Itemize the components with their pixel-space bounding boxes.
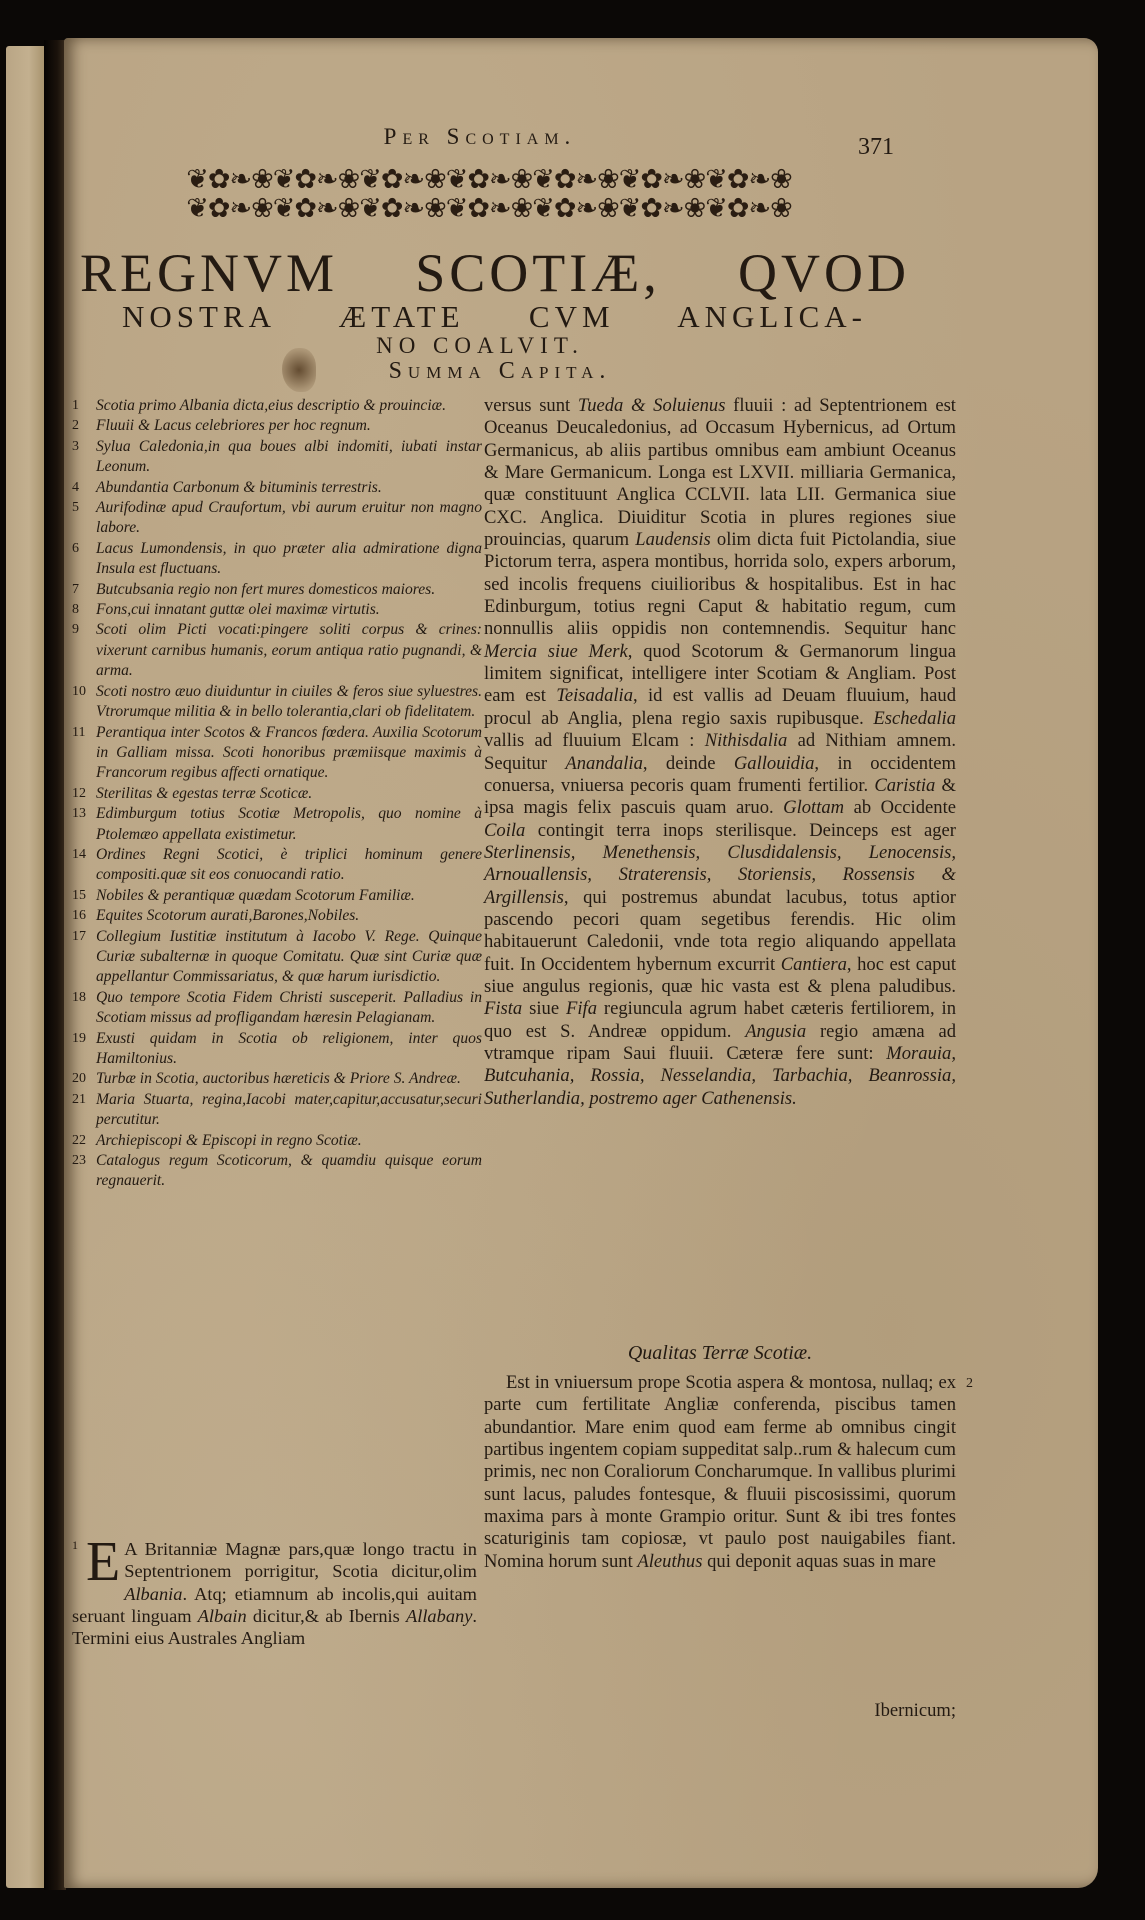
- item-number: 18: [72, 988, 96, 1029]
- list-item: 21Maria Stuarta, regina,Iacobi mater,cap…: [72, 1090, 482, 1131]
- item-number: 23: [72, 1151, 96, 1192]
- list-item: 8Fons,cui innatant guttæ olei maximæ vir…: [72, 600, 482, 620]
- italic-run: Anandalia: [565, 753, 642, 774]
- item-number: 20: [72, 1069, 96, 1089]
- item-text: Butcubsania regio non fert mures domesti…: [96, 580, 482, 600]
- adjacent-page-edge: [6, 46, 44, 1888]
- item-text: Scoti nostro æuo diuiduntur in ciuiles &…: [96, 682, 482, 723]
- intro-italic: Allabany: [406, 1606, 472, 1626]
- margin-section-number: 2: [966, 1376, 973, 1392]
- intro-text: A Britanniæ Magnæ pars,quæ longo tractu …: [124, 1539, 477, 1581]
- item-text: Edimburgum totius Scotiæ Metropolis, quo…: [96, 804, 482, 845]
- item-number: 3: [72, 437, 96, 478]
- list-item: 7Butcubsania regio non fert mures domest…: [72, 580, 482, 600]
- item-number: 5: [72, 498, 96, 539]
- item-text: Perantiqua inter Scotos & Francos fœdera…: [96, 723, 482, 784]
- item-number: 4: [72, 478, 96, 498]
- text-run: , deinde: [643, 753, 734, 774]
- list-item: 10Scoti nostro æuo diuiduntur in ciuiles…: [72, 682, 482, 723]
- item-text: Abundantia Carbonum & bituminis terrestr…: [96, 478, 482, 498]
- item-number: 17: [72, 927, 96, 988]
- item-text: Scotia primo Albania dicta,eius descript…: [96, 396, 482, 416]
- catchword: Ibernicum;: [800, 1700, 956, 1722]
- italic-run: Tueda & Soluienus: [578, 395, 726, 416]
- text-run: contingit terra inops sterilisque. Deinc…: [525, 820, 956, 841]
- ornament-row-bottom: ❦✿❧❀❦✿❧❀❦✿❧❀❦✿❧❀❦✿❧❀❦✿❧❀❦✿❧❀: [98, 194, 880, 223]
- item-text: Nobiles & perantiquæ quædam Scotorum Fam…: [96, 886, 482, 906]
- text-run: vallis ad fluuium Elcam :: [484, 730, 705, 751]
- item-text: Fons,cui innatant guttæ olei maximæ virt…: [96, 600, 482, 620]
- item-number: 15: [72, 886, 96, 906]
- summa-capita-heading: Summa Capita.: [340, 358, 660, 385]
- intro-italic: Albain: [198, 1606, 247, 1626]
- list-item: 1Scotia primo Albania dicta,eius descrip…: [72, 396, 482, 416]
- text-run: qui deponit aquas suas in mare: [702, 1551, 935, 1572]
- item-number: 9: [72, 620, 96, 681]
- text-run: ab Occidente: [844, 797, 956, 818]
- ornament-row-top: ❦✿❧❀❦✿❧❀❦✿❧❀❦✿❧❀❦✿❧❀❦✿❧❀❦✿❧❀: [98, 165, 880, 194]
- item-text: Maria Stuarta, regina,Iacobi mater,capit…: [96, 1090, 482, 1131]
- body-paragraph: versus sunt Tueda & Soluienus fluuii : a…: [484, 395, 956, 1110]
- body-paragraph: Est in vniuersum prope Scotia aspera & m…: [484, 1372, 956, 1573]
- item-number: 6: [72, 539, 96, 580]
- italic-run: Fista: [484, 998, 522, 1019]
- intro-italic: Albania: [124, 1584, 182, 1604]
- text-run: siue: [522, 998, 566, 1019]
- item-text: Sylua Caledonia,in qua boues albi indomi…: [96, 437, 482, 478]
- list-item: 4Abundantia Carbonum & bituminis terrest…: [72, 478, 482, 498]
- list-item: 23Catalogus regum Scoticorum, & quamdiu …: [72, 1151, 482, 1192]
- italic-run: Caristia: [874, 775, 935, 796]
- text-run: Est in vniuersum prope Scotia aspera & m…: [484, 1372, 956, 1572]
- item-text: Ordines Regni Scotici, è triplici hominu…: [96, 845, 482, 886]
- item-text: Lacus Lumondensis, in quo præter alia ad…: [96, 539, 482, 580]
- item-text: Sterilitas & egestas terræ Scoticæ.: [96, 784, 482, 804]
- section2-text: Est in vniuersum prope Scotia aspera & m…: [484, 1372, 956, 1573]
- running-head: Per Scotiam.: [330, 124, 630, 150]
- chapter-title-line-3: NO COALVIT.: [360, 333, 600, 359]
- chapter-title-line-2: NOSTRA ÆTATE CVM ANGLICA-: [122, 300, 867, 334]
- item-text: Archiepiscopi & Episcopi in regno Scotiæ…: [96, 1131, 482, 1151]
- item-number: 10: [72, 682, 96, 723]
- section-heading-qualitas: Qualitas Terræ Scotiæ.: [484, 1342, 956, 1365]
- item-number: 14: [72, 845, 96, 886]
- drop-cap: E: [86, 1540, 120, 1584]
- item-text: Exusti quidam in Scotia ob religionem, i…: [96, 1029, 482, 1070]
- intro-text: dicitur,& ab Ibernis: [247, 1606, 406, 1626]
- text-run: versus sunt: [484, 395, 578, 416]
- ink-stain: [282, 348, 316, 392]
- decorative-ornament-band: ❦✿❧❀❦✿❧❀❦✿❧❀❦✿❧❀❦✿❧❀❦✿❧❀❦✿❧❀ ❦✿❧❀❦✿❧❀❦✿❧…: [98, 165, 880, 225]
- list-item: 15Nobiles & perantiquæ quædam Scotorum F…: [72, 886, 482, 906]
- item-text: Equites Scotorum aurati,Barones,Nobiles.: [96, 906, 482, 926]
- intro-paragraph: EA Britanniæ Magnæ pars,quæ longo tractu…: [72, 1538, 477, 1649]
- item-text: Catalogus regum Scoticorum, & quamdiu qu…: [96, 1151, 482, 1192]
- item-text: Turbæ in Scotia, auctoribus hæreticis & …: [96, 1069, 482, 1089]
- italic-run: Eschedalia: [873, 708, 956, 729]
- list-item: 20Turbæ in Scotia, auctoribus hæreticis …: [72, 1069, 482, 1089]
- list-item: 5Aurifodinæ apud Craufortum, vbi aurum e…: [72, 498, 482, 539]
- italic-run: Glottam: [783, 797, 844, 818]
- italic-run: Gallouidia: [734, 753, 815, 774]
- italic-run: Coila: [484, 820, 525, 841]
- list-item: 17Collegium Iustitiæ institutum à Iacobo…: [72, 927, 482, 988]
- item-number: 2: [72, 416, 96, 436]
- item-text: Aurifodinæ apud Craufortum, vbi aurum er…: [96, 498, 482, 539]
- item-text: Quo tempore Scotia Fidem Christi suscepe…: [96, 988, 482, 1029]
- italic-run: Angusia: [745, 1021, 806, 1042]
- list-item: 6Lacus Lumondensis, in quo præter alia a…: [72, 539, 482, 580]
- italic-run: Fifa: [566, 998, 597, 1019]
- italic-run: Nithisdalia: [705, 730, 788, 751]
- list-item: 19Exusti quidam in Scotia ob religionem,…: [72, 1029, 482, 1070]
- italic-run: Mercia siue Merk: [484, 641, 628, 662]
- list-item: 14Ordines Regni Scotici, è triplici homi…: [72, 845, 482, 886]
- italic-run: Cantiera: [781, 954, 847, 975]
- text-run: fluuii : ad Septentrionem est Oceanus De…: [484, 395, 956, 550]
- item-text: Scoti olim Picti vocati:pingere soliti c…: [96, 620, 482, 681]
- item-number: 7: [72, 580, 96, 600]
- item-text: Collegium Iustitiæ institutum à Iacobo V…: [96, 927, 482, 988]
- list-item: 9Scoti olim Picti vocati:pingere soliti …: [72, 620, 482, 681]
- list-item: 2Fluuii & Lacus celebriores per hoc regn…: [72, 416, 482, 436]
- item-number: 13: [72, 804, 96, 845]
- page-number: 371: [858, 134, 894, 161]
- list-item: 13Edimburgum totius Scotiæ Metropolis, q…: [72, 804, 482, 845]
- item-number: 19: [72, 1029, 96, 1070]
- item-number: 11: [72, 723, 96, 784]
- italic-run: Aleuthus: [637, 1551, 702, 1572]
- list-item: 16Equites Scotorum aurati,Barones,Nobile…: [72, 906, 482, 926]
- item-number: 16: [72, 906, 96, 926]
- summary-chapter-list: 1Scotia primo Albania dicta,eius descrip…: [72, 396, 482, 1192]
- chapter-title-line-1: REGNVM SCOTIÆ, QVOD: [80, 246, 910, 300]
- list-item: 22Archiepiscopi & Episcopi in regno Scot…: [72, 1131, 482, 1151]
- item-number: 8: [72, 600, 96, 620]
- italic-run: Teisadalia: [556, 685, 633, 706]
- book-gutter: [44, 40, 66, 1890]
- item-number: 22: [72, 1131, 96, 1151]
- list-item: 3Sylua Caledonia,in qua boues albi indom…: [72, 437, 482, 478]
- item-number: 21: [72, 1090, 96, 1131]
- right-column-text: versus sunt Tueda & Soluienus fluuii : a…: [484, 395, 956, 1110]
- item-number: 1: [72, 396, 96, 416]
- list-item: 12Sterilitas & egestas terræ Scoticæ.: [72, 784, 482, 804]
- list-item: 11Perantiqua inter Scotos & Francos fœde…: [72, 723, 482, 784]
- item-text: Fluuii & Lacus celebriores per hoc regnu…: [96, 416, 482, 436]
- italic-run: Laudensis: [635, 529, 710, 550]
- item-number: 12: [72, 784, 96, 804]
- list-item: 18Quo tempore Scotia Fidem Christi susce…: [72, 988, 482, 1029]
